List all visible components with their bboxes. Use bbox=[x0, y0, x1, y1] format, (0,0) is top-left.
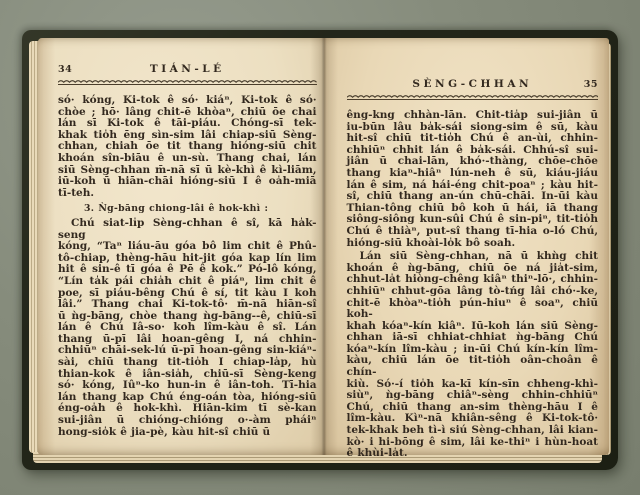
text-line: sài, chiū thang tit-tio̍h I chiap-la̍p, … bbox=[58, 357, 317, 369]
right-page-header: SÈNG-CHHAN 35 bbox=[347, 78, 599, 91]
text-line: tī-teh. bbox=[58, 188, 317, 200]
right-page-body: êng-kng chhàn-lān. Chit-tia̍p sui-jiân ū… bbox=[347, 110, 599, 460]
text-line: iū-koh ū hiān-chāi hióng-siū I ê oa̍h-mi… bbox=[58, 176, 317, 188]
text-line: kóng, “Taⁿ liáu-āu góa bô lim chit ê Phû… bbox=[58, 241, 317, 253]
text-line: “Lín ta̍k pái chia̍h chit ê piáⁿ, lim ch… bbox=[58, 276, 317, 288]
text-line: chhiūⁿ chhut-gōa lâng tò-tńg lâi chó·-ke… bbox=[347, 286, 599, 298]
text-line: êng-kng chhàn-lān. Chit-tia̍p sui-jiân ū bbox=[347, 110, 599, 122]
text-line: sî, chiū thang an-ún chū-chāi. In-ūi kàu bbox=[347, 191, 599, 203]
text-line: lâi.” Thang chai Ki-tok-tô· m̄-nā hiān-s… bbox=[58, 299, 317, 311]
text-line: Chú siat-li̍p Sèng-chhan ê sî, kā ha̍k-s… bbox=[58, 218, 317, 241]
text-line: khoán sîn-biāu ê un-sù. Thang chai, lán bbox=[58, 153, 317, 165]
page-number: 34 bbox=[58, 64, 72, 76]
running-title: SÈNG-CHHAN bbox=[412, 78, 532, 90]
open-spread: 34 TIÁN-LÉ só· kóng, Ki-tok ê só· kiáⁿ, … bbox=[38, 38, 609, 455]
header-rule-wave bbox=[347, 94, 599, 99]
right-page: SÈNG-CHHAN 35 êng-kng chhàn-lān. Chit-ti… bbox=[324, 38, 610, 455]
header-rule-wave bbox=[58, 79, 317, 84]
text-line: ê khùi-la̍t. bbox=[347, 448, 599, 460]
paragraph: Lán siū Sèng-chhan, nā ū khǹg chitkhoán … bbox=[347, 251, 599, 460]
header-rule bbox=[58, 79, 317, 85]
text-line: Chú ê thiàⁿ, put-sî thang tī-hia o-ló Ch… bbox=[347, 226, 599, 238]
section-heading: 3. Ǹg-bāng chiong-lâi ê hok-khì : bbox=[84, 203, 317, 215]
left-page-header: 34 TIÁN-LÉ bbox=[58, 63, 317, 76]
running-title: TIÁN-LÉ bbox=[150, 63, 225, 75]
left-page-body: só· kóng, Ki-tok ê só· kiáⁿ, Ki-tok ê só… bbox=[58, 95, 317, 438]
text-line: hong-sio̍k ê jia-pè, kàu hit-sî chiū ū bbox=[58, 427, 317, 439]
text-line: Lán siū Sèng-chhan, nā ū khǹg chit bbox=[347, 251, 599, 263]
text-line: chit-ē khòaⁿ-tio̍h pún-hiuⁿ ê soaⁿ, chiū… bbox=[347, 298, 599, 321]
photo-background: 34 TIÁN-LÉ só· kóng, Ki-tok ê só· kiáⁿ, … bbox=[0, 0, 640, 495]
paragraph: êng-kng chhàn-lān. Chit-tia̍p sui-jiân ū… bbox=[347, 110, 599, 249]
text-line: thang kiaⁿ-hiâⁿ lún-neh ê sū, kiáu-jiáu bbox=[347, 168, 599, 180]
left-page: 34 TIÁN-LÉ só· kóng, Ki-tok ê só· kiáⁿ, … bbox=[38, 38, 324, 455]
text-line: kàu, chiū lán ōe tit-tio̍h oân-choân ê c… bbox=[347, 355, 599, 378]
paragraph: só· kóng, Ki-tok ê só· kiáⁿ, Ki-tok ê só… bbox=[58, 95, 317, 199]
book: 34 TIÁN-LÉ só· kóng, Ki-tok ê só· kiáⁿ, … bbox=[22, 30, 618, 470]
text-line: sui-jiân ū chióng-chióng o·-àm pháiⁿ bbox=[58, 415, 317, 427]
header-rule bbox=[347, 94, 599, 100]
text-line: só· kóng, Ki-tok ê só· kiáⁿ, Ki-tok ê só… bbox=[58, 95, 317, 107]
page-number: 35 bbox=[584, 79, 598, 91]
paragraph: Chú siat-li̍p Sèng-chhan ê sî, kā ha̍k-s… bbox=[58, 218, 317, 438]
text-line: hióng-siū khoài-lo̍k bô soah. bbox=[347, 238, 599, 250]
text-line: tek-khak beh tì-ì siú Sèng-chhan, lâi ki… bbox=[347, 425, 599, 437]
